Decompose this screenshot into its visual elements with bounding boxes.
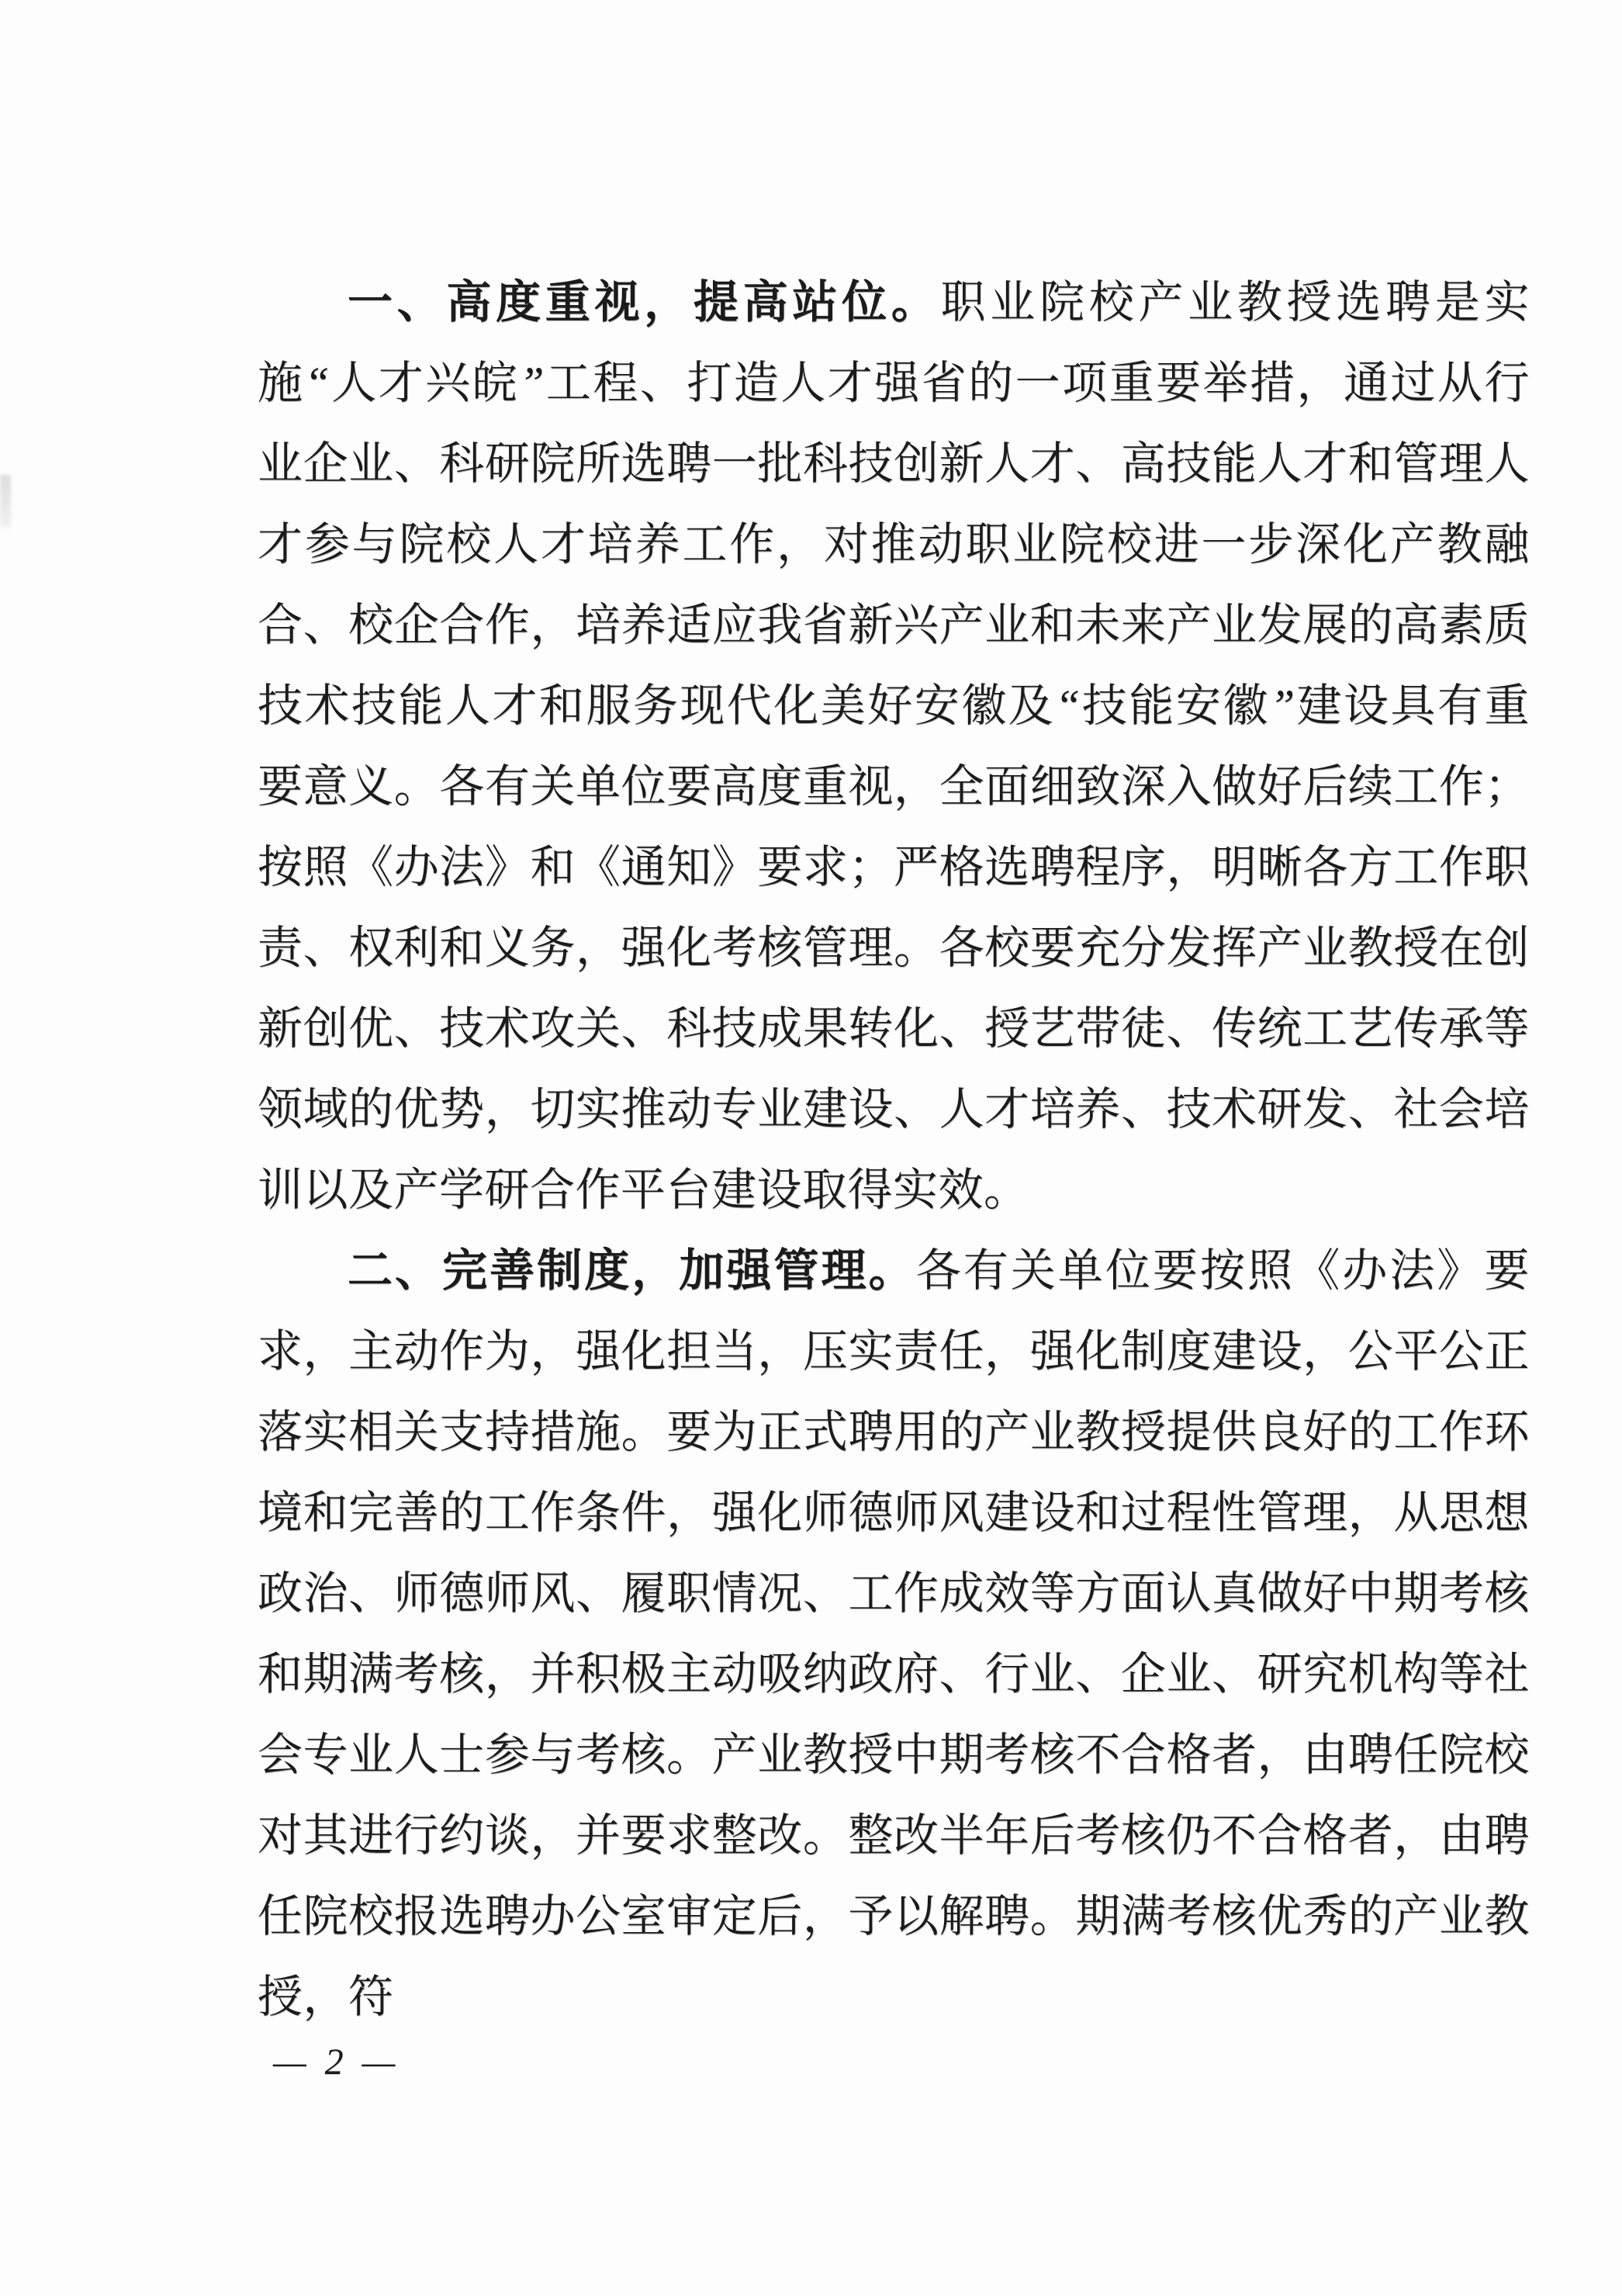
paragraph-2-heading: 二、完善制度，加强管理。 [348,1245,916,1296]
paragraph-1-body: 职业院校产业教授选聘是实施“人才兴皖”工程、打造人才强省的一项重要举措，通过从行… [258,277,1530,1215]
scanned-page: 一、高度重视，提高站位。职业院校产业教授选聘是实施“人才兴皖”工程、打造人才强省… [0,0,1622,2296]
paragraph-1: 一、高度重视，提高站位。职业院校产业教授选聘是实施“人才兴皖”工程、打造人才强省… [258,262,1530,1231]
scan-smudge-artifact [0,475,11,528]
paragraph-1-heading: 一、高度重视，提高站位。 [348,277,941,327]
paragraph-2: 二、完善制度，加强管理。各有关单位要按照《办法》要求，主动作为，强化担当，压实责… [258,1231,1530,2038]
page-number: — 2 — [273,2041,399,2083]
paragraph-2-body: 各有关单位要按照《办法》要求，主动作为，强化担当，压实责任，强化制度建设，公平公… [258,1245,1530,2022]
document-text-block: 一、高度重视，提高站位。职业院校产业教授选聘是实施“人才兴皖”工程、打造人才强省… [258,262,1530,2038]
